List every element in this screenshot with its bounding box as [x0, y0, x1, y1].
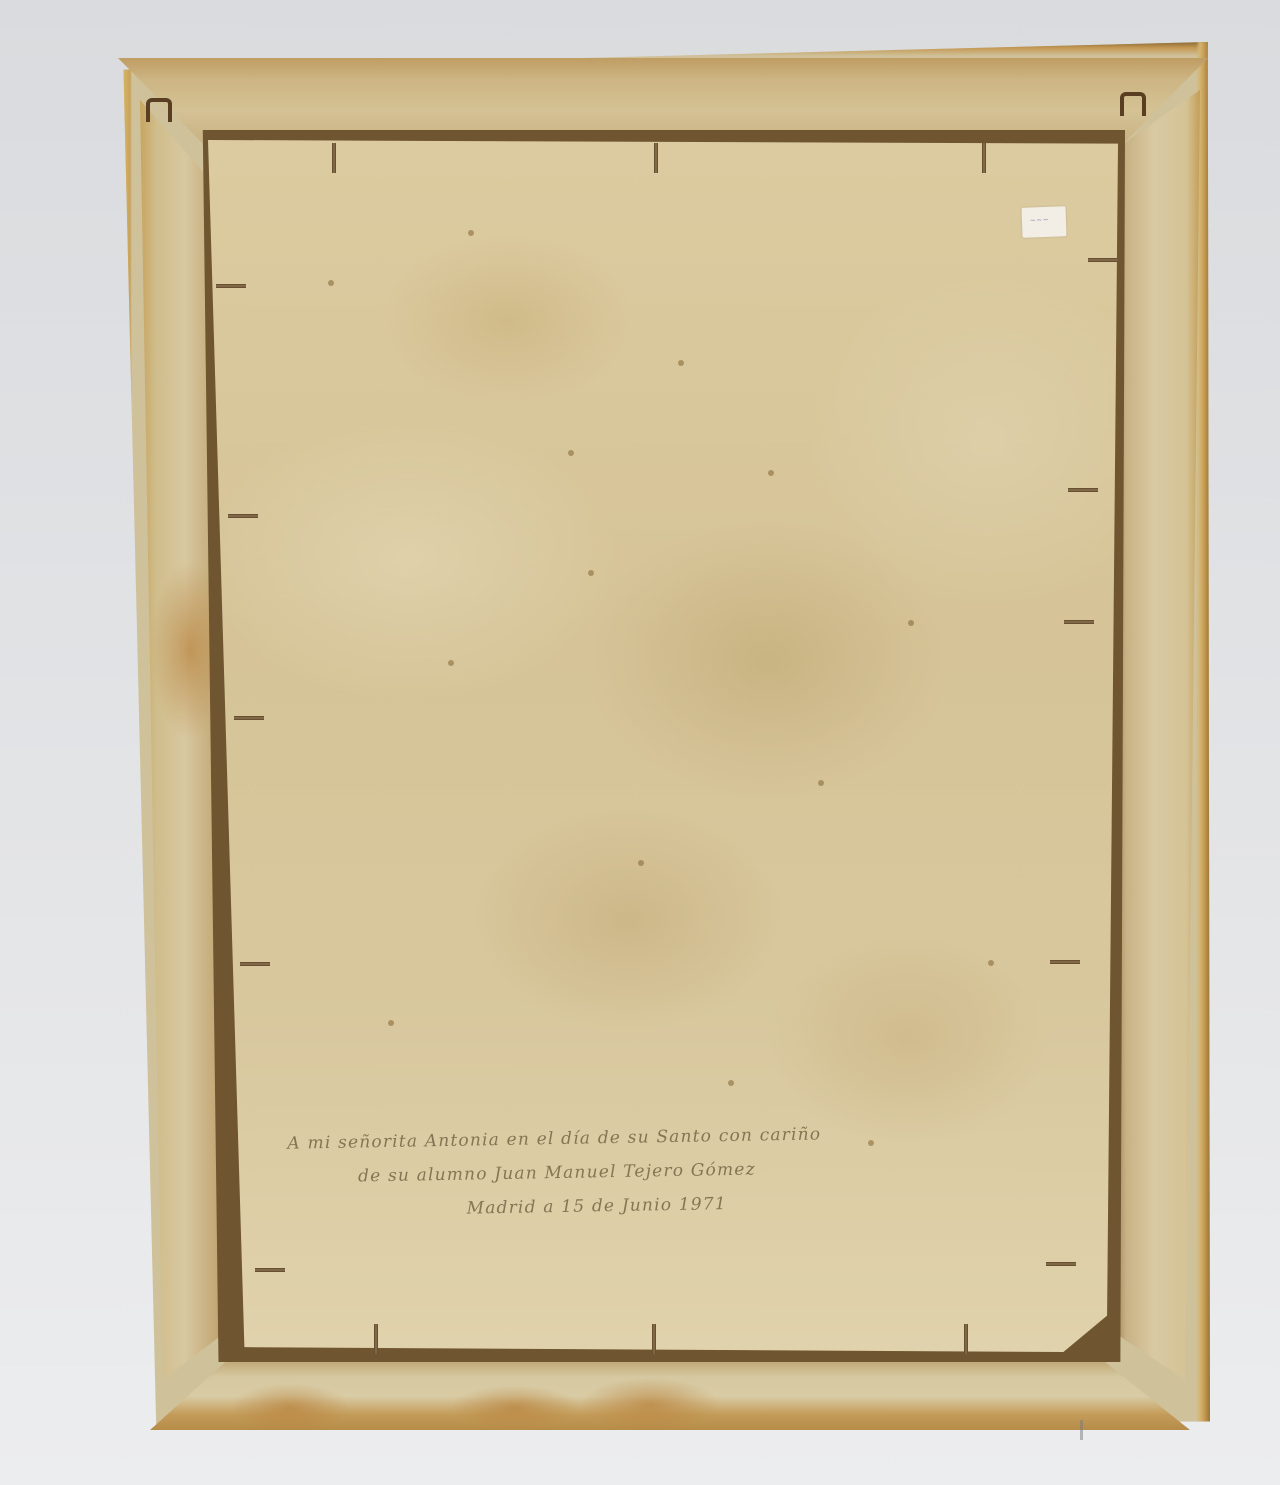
frame-corner-nail: [1080, 1420, 1083, 1440]
foxing-spot: [588, 570, 594, 576]
water-stain: [230, 1383, 350, 1433]
nail-icon: [228, 514, 258, 518]
water-stain: [450, 1385, 580, 1430]
foxing-spot: [818, 780, 824, 786]
foxing-spot: [468, 230, 474, 236]
nail-icon: [1088, 258, 1118, 262]
nail-icon: [982, 143, 986, 173]
foxing-spot: [638, 860, 644, 866]
nail-icon: [964, 1324, 968, 1354]
framed-picture-back-photo: ~~~ A mi señorita Antonia en el día de s…: [0, 0, 1280, 1485]
nail-icon: [332, 143, 336, 173]
foxing-spot: [388, 1020, 394, 1026]
nail-icon: [216, 284, 246, 288]
price-sticker: ~~~: [1021, 206, 1066, 238]
nail-icon: [234, 716, 264, 720]
nail-icon: [1050, 960, 1080, 964]
frame-bottom-rail: [150, 1355, 1190, 1430]
foxing-spot: [568, 450, 574, 456]
foxing-spot: [728, 1080, 734, 1086]
nail-icon: [1064, 620, 1094, 624]
hanging-hook-icon: [1120, 92, 1146, 116]
foxing-spot: [988, 960, 994, 966]
nail-icon: [1068, 488, 1098, 492]
foxing-spot: [328, 280, 334, 286]
hanging-hook-icon: [146, 98, 172, 122]
handwritten-inscription: A mi señorita Antonia en el día de su Sa…: [287, 1113, 1059, 1228]
nail-icon: [374, 1324, 378, 1354]
nail-icon: [240, 962, 270, 966]
nail-icon: [654, 143, 658, 173]
water-stain: [580, 1377, 720, 1432]
nail-icon: [255, 1268, 285, 1272]
sticker-text: ~~~: [1030, 216, 1049, 225]
foxing-spot: [908, 620, 914, 626]
nail-icon: [652, 1324, 656, 1354]
foxing-spot: [448, 660, 454, 666]
foxing-spot: [768, 470, 774, 476]
foxing-spot: [678, 360, 684, 366]
nail-icon: [1046, 1262, 1076, 1266]
